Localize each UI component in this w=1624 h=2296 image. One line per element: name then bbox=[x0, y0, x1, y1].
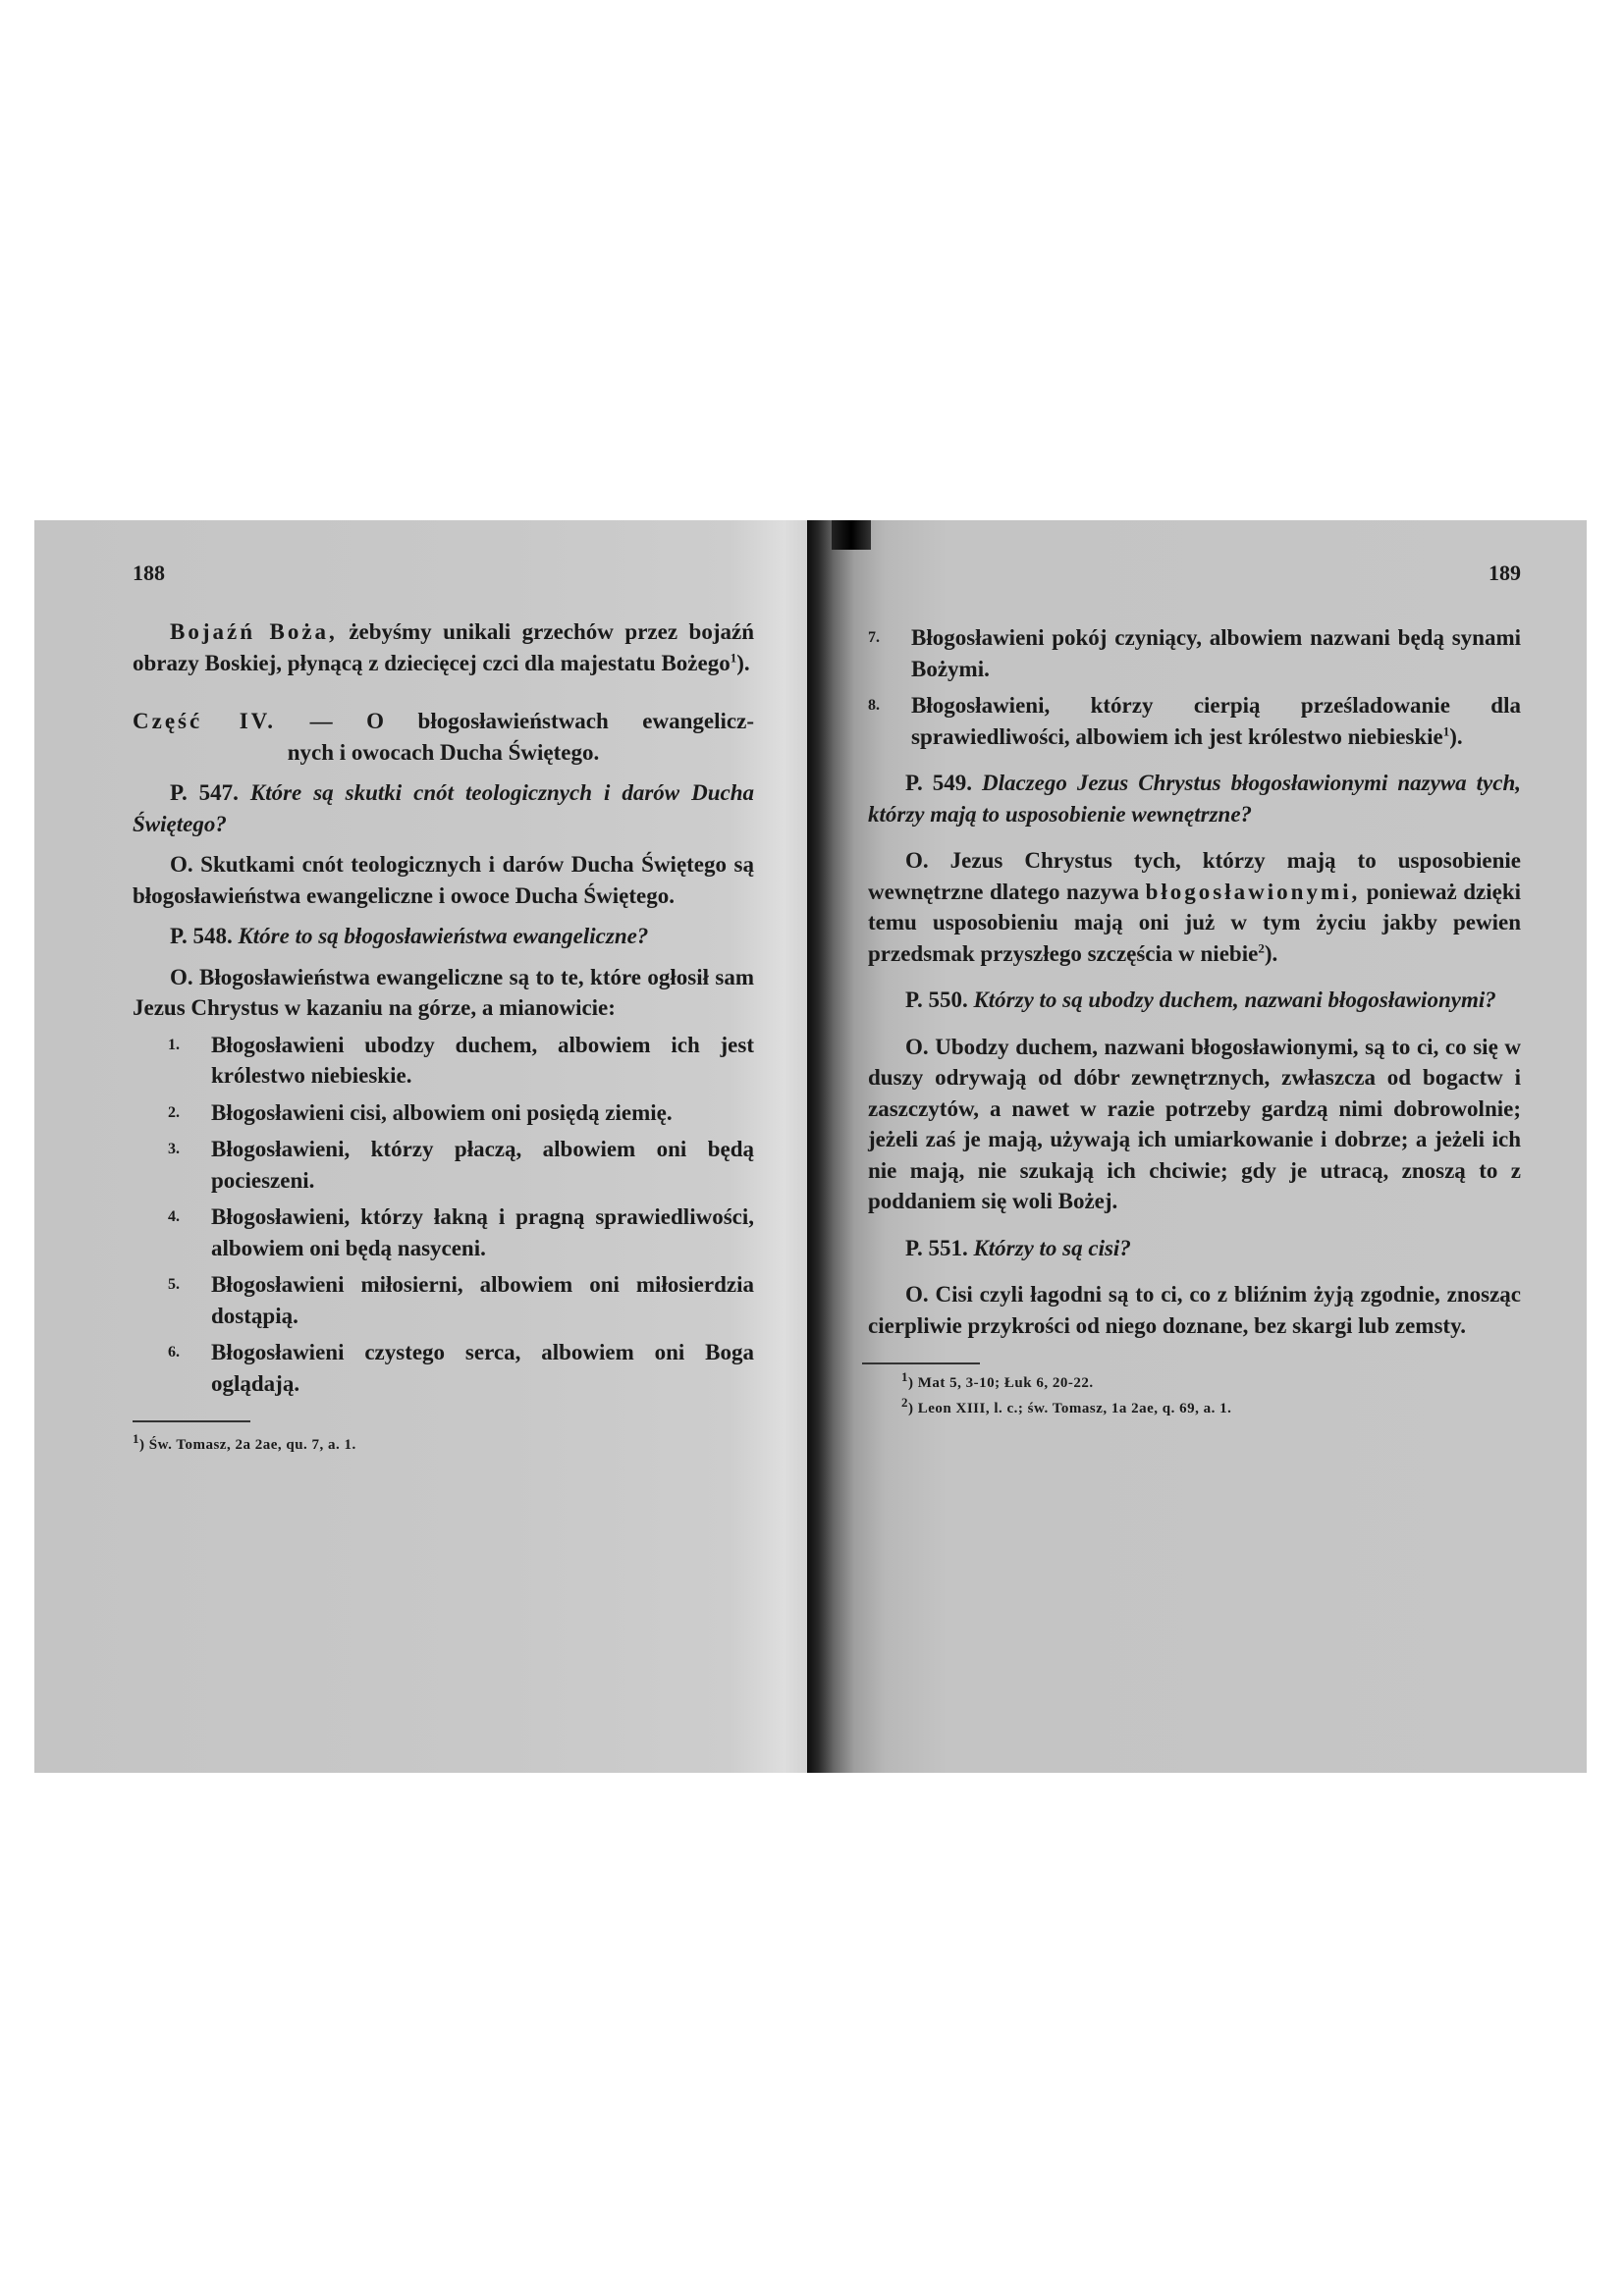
list-item: 2.Błogosławieni cisi, albowiem oni posię… bbox=[133, 1097, 754, 1129]
spaced-term: Bojaźń Boża, bbox=[170, 619, 338, 644]
list-item: 3.Błogosławieni, którzy płaczą, albowiem… bbox=[133, 1134, 754, 1196]
intro-paragraph: Bojaźń Boża, żebyśmy unikali grzechów pr… bbox=[133, 616, 754, 678]
list-item: 7.Błogosławieni pokój czyniący, albowiem… bbox=[868, 622, 1521, 684]
answer-550: O. Ubodzy duchem, nazwani błogosławionym… bbox=[868, 1032, 1521, 1217]
answer-549: O. Jezus Chrystus tych, którzy mają to u… bbox=[868, 845, 1521, 969]
question-547: P. 547. Które są skutki cnót teologiczny… bbox=[133, 777, 754, 839]
book-gutter bbox=[832, 520, 871, 550]
list-item: 1.Błogosławieni ubodzy duchem, albowiem … bbox=[133, 1030, 754, 1092]
book-scan: 188 Bojaźń Boża, żebyśmy unikali grzechó… bbox=[34, 520, 1587, 1773]
beatitudes-list-continued: 7.Błogosławieni pokój czyniący, albowiem… bbox=[868, 622, 1521, 752]
beatitudes-list: 1.Błogosławieni ubodzy duchem, albowiem … bbox=[133, 1030, 754, 1400]
footnote: 2) Leon XIII, l. c.; św. Tomasz, 1a 2ae,… bbox=[868, 1398, 1521, 1419]
list-item: 4.Błogosławieni, którzy łakną i pragną s… bbox=[133, 1201, 754, 1263]
answer-548: O. Błogosławieństwa ewangeliczne są to t… bbox=[133, 962, 754, 1024]
footnote: 1) Św. Tomasz, 2a 2ae, qu. 7, a. 1. bbox=[133, 1434, 754, 1456]
question-549: P. 549. Dlaczego Jezus Chrystus błogosła… bbox=[868, 768, 1521, 829]
question-550: P. 550. Którzy to są ubodzy duchem, nazw… bbox=[868, 985, 1521, 1016]
answer-547: O. Skutkami cnót teologicznych i darów D… bbox=[133, 849, 754, 911]
section-heading: Część IV. — O błogosławieństwach ewangel… bbox=[133, 706, 754, 768]
left-page: 188 Bojaźń Boża, żebyśmy unikali grzechó… bbox=[34, 520, 807, 1773]
page-number: 188 bbox=[133, 558, 754, 616]
footnote-divider bbox=[862, 1362, 980, 1364]
spaced-term: błogosławionymi, bbox=[1146, 880, 1361, 904]
page-number: 189 bbox=[868, 558, 1521, 616]
footnote: 1) Mat 5, 3-10; Łuk 6, 20-22. bbox=[868, 1372, 1521, 1394]
question-551: P. 551. Którzy to są cisi? bbox=[868, 1233, 1521, 1264]
answer-551: O. Cisi czyli łagodni są to ci, co z bli… bbox=[868, 1279, 1521, 1341]
list-item: 6.Błogosławieni czystego serca, albowiem… bbox=[133, 1337, 754, 1399]
right-page: 189 7.Błogosławieni pokój czyniący, albo… bbox=[807, 520, 1587, 1773]
footnote-divider bbox=[133, 1420, 250, 1422]
question-548: P. 548. Które to są błogosławieństwa ewa… bbox=[133, 921, 754, 952]
list-item: 5.Błogosławieni miłosierni, albowiem oni… bbox=[133, 1269, 754, 1331]
list-item: 8.Błogosławieni, którzy cierpią prześlad… bbox=[868, 690, 1521, 752]
